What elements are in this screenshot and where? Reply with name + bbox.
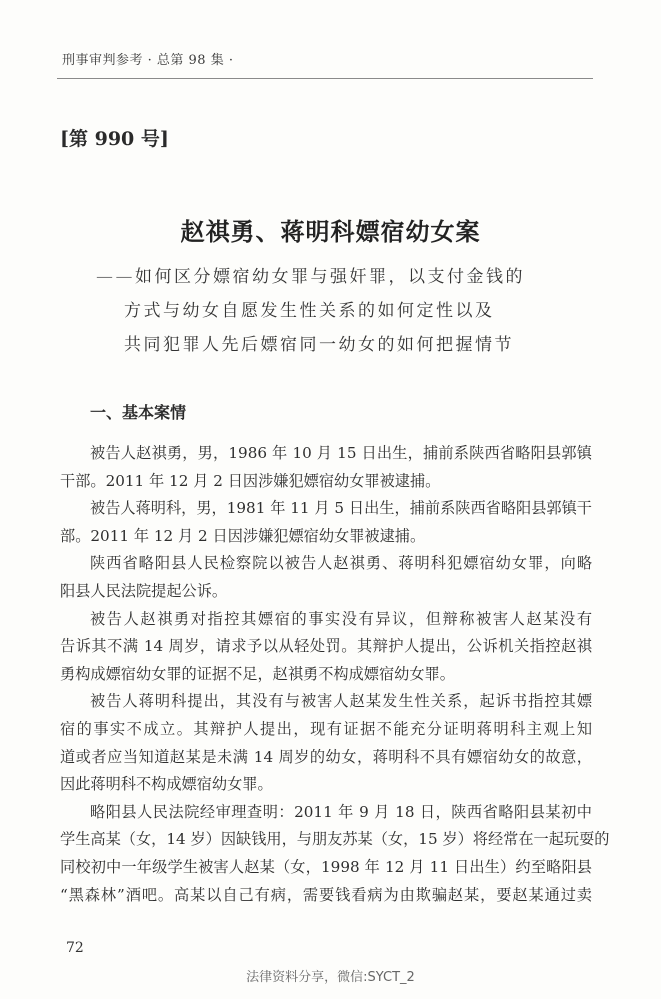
body-line: 因此蒋明科不构成嫖宿幼女罪。 — [60, 771, 592, 799]
running-header: 刑事审判参考 · 总第 98 集 · — [62, 49, 233, 68]
body-line: 略阳县人民法院经审理查明：2011 年 9 月 18 日，陕西省略阳县某初中 — [60, 799, 592, 827]
watermark: 法律资料分享，微信:SYCT_2 — [0, 966, 661, 985]
body-text: 被告人赵祺勇，男，1986 年 10 月 15 日出生，捕前系陕西省略阳县郭镇干… — [60, 440, 592, 909]
section-heading: 一、基本案情 — [90, 400, 186, 423]
body-line: 干部。2011 年 12 月 2 日因涉嫌犯嫖宿幼女罪被逮捕。 — [60, 468, 592, 496]
body-line: 被告人蒋明科提出，其没有与被害人赵某发生性关系，起诉书指控其嫖 — [60, 688, 592, 716]
page-number: 72 — [66, 940, 84, 956]
body-line: 宿的事实不成立。其辩护人提出，现有证据不能充分证明蒋明科主观上知 — [60, 716, 592, 744]
subtitle-line: 方式与幼女自愿发生性关系的如何定性以及 — [124, 294, 564, 328]
subtitle-line: 共同犯罪人先后嫖宿同一幼女的如何把握情节 — [124, 328, 564, 362]
body-line: “黑森林”酒吧。高某以自己有病，需要钱看病为由欺骗赵某，要赵某通过卖 — [60, 882, 592, 910]
body-line: 被告人蒋明科，男，1981 年 11 月 5 日出生，捕前系陕西省略阳县郭镇干 — [60, 495, 592, 523]
body-line: 告诉其不满 14 周岁，请求予以从轻处罚。其辩护人提出，公诉机关指控赵祺 — [60, 633, 592, 661]
body-line: 学生高某（女，14 岁）因缺钱用，与朋友苏某（女，15 岁）将经常在一起玩耍的 — [60, 826, 592, 854]
case-title: 赵祺勇、蒋明科嫖宿幼女案 — [0, 212, 661, 247]
body-line: 被告人赵祺勇，男，1986 年 10 月 15 日出生，捕前系陕西省略阳县郭镇 — [60, 440, 592, 468]
body-line: 被告人赵祺勇对指控其嫖宿的事实没有异议，但辩称被害人赵某没有 — [60, 606, 592, 634]
case-subtitle: ——如何区分嫖宿幼女罪与强奸罪，以支付金钱的 方式与幼女自愿发生性关系的如何定性… — [124, 260, 564, 362]
case-number: [第 990 号] — [60, 124, 169, 151]
subtitle-line: ——如何区分嫖宿幼女罪与强奸罪，以支付金钱的 — [96, 260, 564, 294]
body-line: 陕西省略阳县人民检察院以被告人赵祺勇、蒋明科犯嫖宿幼女罪，向略 — [60, 550, 592, 578]
body-line: 部。2011 年 12 月 2 日因涉嫌犯嫖宿幼女罪被逮捕。 — [60, 523, 592, 551]
body-line: 同校初中一年级学生被害人赵某（女，1998 年 12 月 11 日出生）约至略阳… — [60, 854, 592, 882]
body-line: 道或者应当知道赵某是未满 14 周岁的幼女，蒋明科不具有嫖宿幼女的故意， — [60, 744, 592, 772]
header-rule — [57, 78, 593, 79]
body-line: 阳县人民法院提起公诉。 — [60, 578, 592, 606]
body-line: 勇构成嫖宿幼女罪的证据不足，赵祺勇不构成嫖宿幼女罪。 — [60, 661, 592, 689]
